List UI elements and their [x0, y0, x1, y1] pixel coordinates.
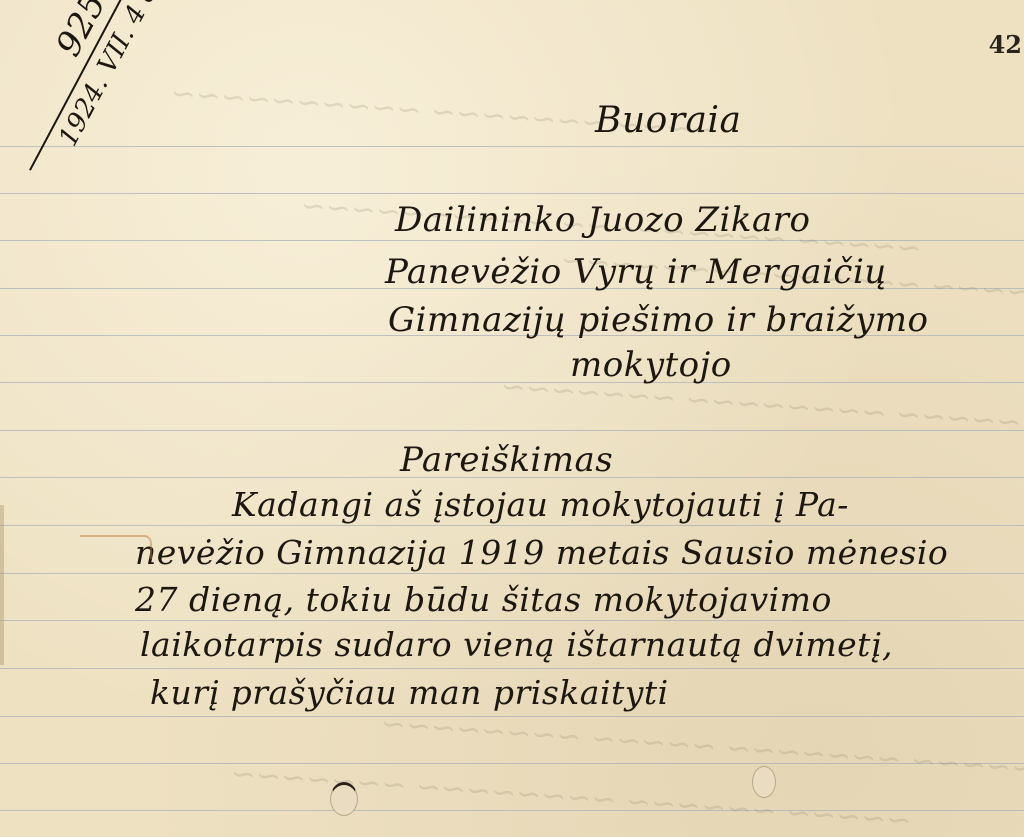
- document-page: ~~~~ ~~~~~~~ ~~~~~~~~~~ ~~~~~ ~~~~~~~~~ …: [0, 0, 1024, 837]
- ruled-line: [0, 525, 1024, 526]
- ruled-line: [0, 620, 1024, 621]
- paper-edge-tab: [0, 505, 4, 665]
- sender-line: Gimnazijų piešimo ir braižymo: [388, 300, 929, 340]
- punch-hole: [330, 782, 358, 816]
- body-line: nevėžio Gimnazija 1919 metais Sausio mėn…: [135, 533, 948, 572]
- sender-line: mokytojo: [570, 345, 732, 385]
- ruled-line: [0, 573, 1024, 574]
- body-line: kurį prašyčiau man priskaityti: [150, 673, 669, 712]
- page-number: 42: [989, 30, 1022, 59]
- punch-hole: [752, 766, 776, 798]
- ruled-line: [0, 430, 1024, 431]
- ruled-line: [0, 146, 1024, 147]
- ruled-line: [0, 668, 1024, 669]
- rust-stain: [80, 535, 152, 559]
- body-line: laikotarpis sudaro vieną ištarnautą dvim…: [140, 625, 893, 664]
- sender-line: Panevėžio Vyrų ir Mergaičių: [385, 252, 887, 292]
- document-title: Pareiškimas: [400, 440, 613, 480]
- sender-line: Dailininko Juozo Zikaro: [395, 200, 810, 240]
- body-line: Kadangi aš įstojau mokytojauti į Pa-: [232, 485, 849, 524]
- body-line: 27 dieną, tokiu būdu šitas mokytojavimo: [135, 580, 832, 619]
- ruled-line: [0, 193, 1024, 194]
- addressee: Buoraia: [595, 100, 741, 141]
